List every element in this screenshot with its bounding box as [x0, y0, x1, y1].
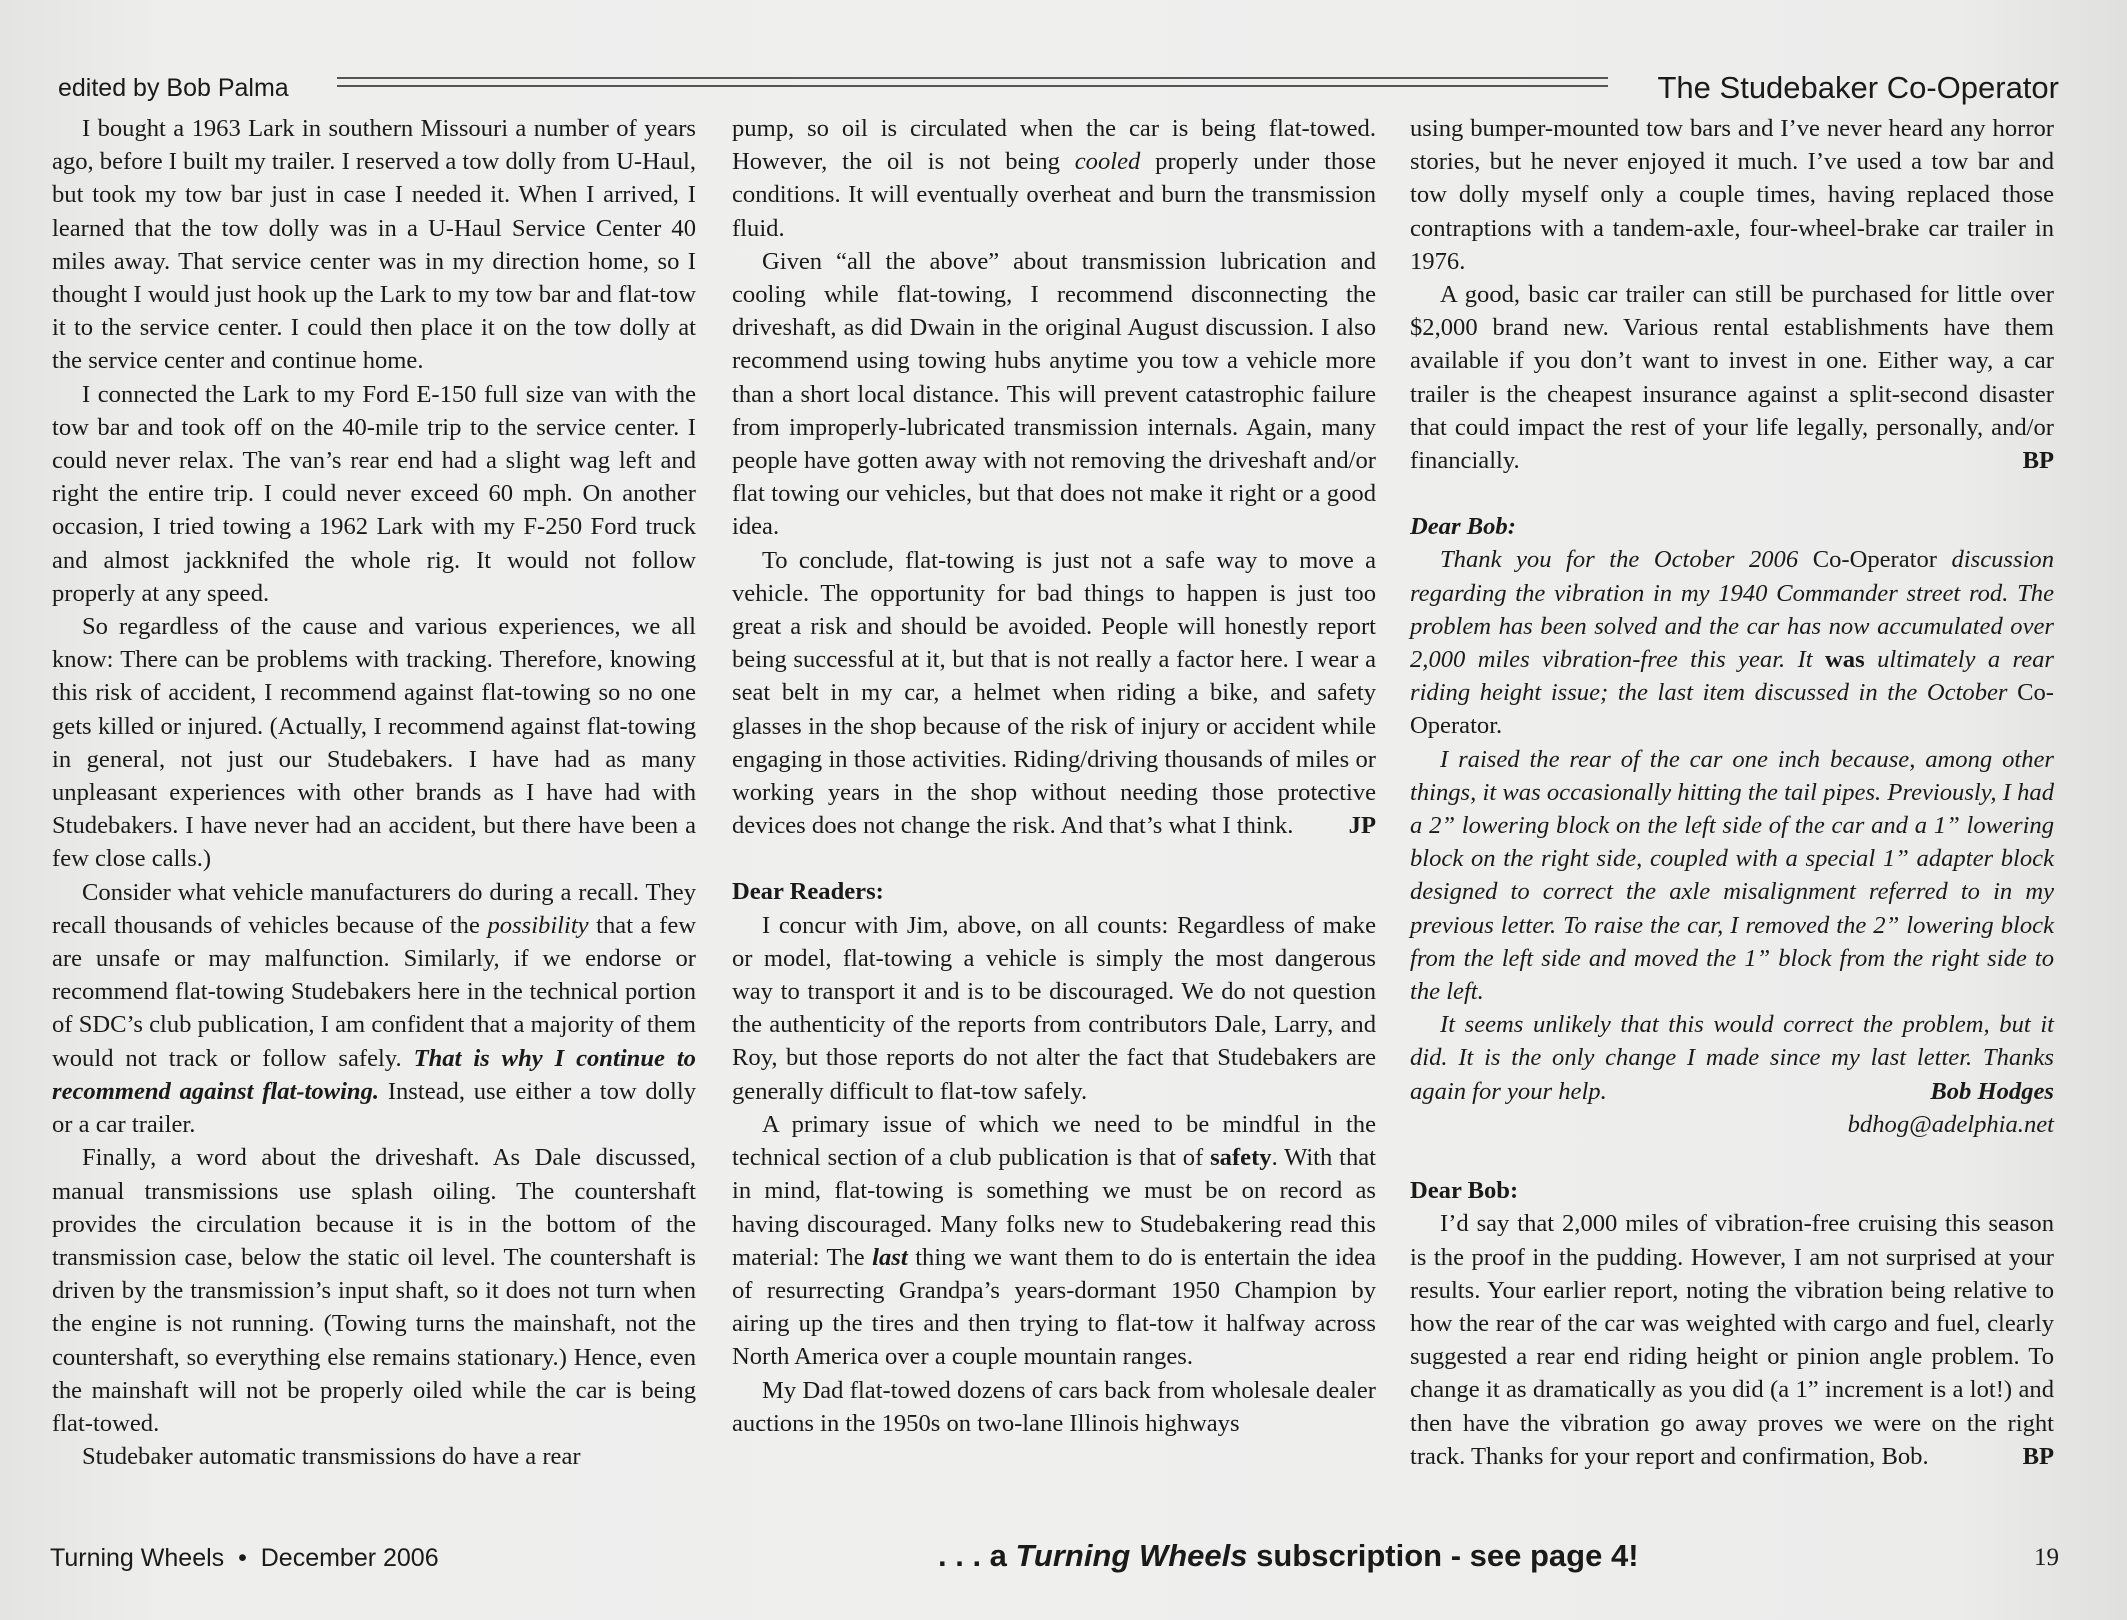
text-run: To conclude, flat-towing is just not a s… — [732, 547, 1376, 840]
paragraph: Consider what vehicle manufacturers do d… — [52, 876, 696, 1142]
signature-initials: BP — [1993, 1440, 2054, 1473]
issue-date: December 2006 — [261, 1544, 439, 1572]
text-run: I’d say that 2,000 miles of vibration-fr… — [1410, 1210, 2054, 1469]
page-footer: Turning Wheels • December 2006 . . . a T… — [50, 1538, 2059, 1578]
paragraph: pump, so oil is circulated when the car … — [732, 112, 1376, 245]
header-double-rule — [337, 77, 1608, 87]
footer-publication: Turning Wheels • December 2006 — [50, 1544, 439, 1573]
editor-credit: edited by Bob Palma — [58, 74, 289, 103]
paragraph: I concur with Jim, above, on all counts:… — [732, 909, 1376, 1108]
paragraph: I’d say that 2,000 miles of vibration-fr… — [1410, 1207, 2054, 1473]
paragraph: To conclude, flat-towing is just not a s… — [732, 544, 1376, 843]
strong-text: was — [1825, 646, 1865, 673]
paragraph: So regardless of the cause and various e… — [52, 610, 696, 876]
paragraph: Given “all the above” about transmission… — [732, 245, 1376, 544]
article-body: I bought a 1963 Lark in southern Missour… — [52, 112, 2062, 1512]
text-run: Thank you for the October 2006 — [1440, 546, 1813, 573]
letter-signature-name: Bob Hodges — [1900, 1075, 2054, 1108]
signature-initials: JP — [1319, 809, 1376, 842]
emphasis-text: last — [872, 1244, 908, 1271]
column-1: I bought a 1963 Lark in southern Missour… — [52, 112, 696, 1473]
paragraph: I connected the Lark to my Ford E-150 fu… — [52, 378, 696, 610]
salutation: Dear Readers: — [732, 875, 1376, 908]
letter-paragraph: I raised the rear of the car one inch be… — [1410, 743, 2054, 1009]
paragraph: I bought a 1963 Lark in southern Missour… — [52, 112, 696, 378]
emphasis-text: cooled — [1075, 148, 1141, 175]
paragraph: Studebaker automatic transmissions do ha… — [52, 1440, 696, 1473]
paragraph: using bumper-mounted tow bars and I’ve n… — [1410, 112, 2054, 278]
column-2: pump, so oil is circulated when the car … — [732, 112, 1376, 1440]
strong-text: safety — [1210, 1144, 1271, 1171]
publication-title: Turning Wheels — [1016, 1538, 1248, 1573]
emphasis-text: possibility — [487, 912, 588, 939]
page-number: 19 — [2034, 1544, 2059, 1572]
text-run: A good, basic car trailer can still be p… — [1410, 281, 2054, 474]
salutation: Dear Bob: — [1410, 510, 2054, 543]
publication-name: Co-Operator — [1813, 546, 1937, 573]
subscription-promo: . . . a Turning Wheels subscription - se… — [938, 1538, 1639, 1574]
page-header: edited by Bob Palma The Studebaker Co-Op… — [58, 68, 2059, 108]
salutation: Dear Bob: — [1410, 1174, 2054, 1207]
column-3: using bumper-mounted tow bars and I’ve n… — [1410, 112, 2054, 1473]
paragraph: My Dad flat-towed dozens of cars back fr… — [732, 1374, 1376, 1440]
letter-signature-email: bdhog@adelphia.net — [1410, 1108, 2054, 1141]
paragraph: A primary issue of which we need to be m… — [732, 1108, 1376, 1374]
signature-initials: BP — [1993, 444, 2054, 477]
letter-paragraph: Thank you for the October 2006 Co-Operat… — [1410, 543, 2054, 742]
bullet-separator: • — [238, 1544, 247, 1572]
paragraph: A good, basic car trailer can still be p… — [1410, 278, 2054, 477]
publication-title: Turning Wheels — [50, 1544, 224, 1572]
section-title: The Studebaker Co-Operator — [1658, 70, 2060, 106]
text-run: . . . a — [938, 1538, 1016, 1573]
letter-paragraph: It seems unlikely that this would correc… — [1410, 1008, 2054, 1108]
text-run: subscription - see page 4! — [1247, 1538, 1638, 1573]
paragraph: Finally, a word about the driveshaft. As… — [52, 1141, 696, 1440]
